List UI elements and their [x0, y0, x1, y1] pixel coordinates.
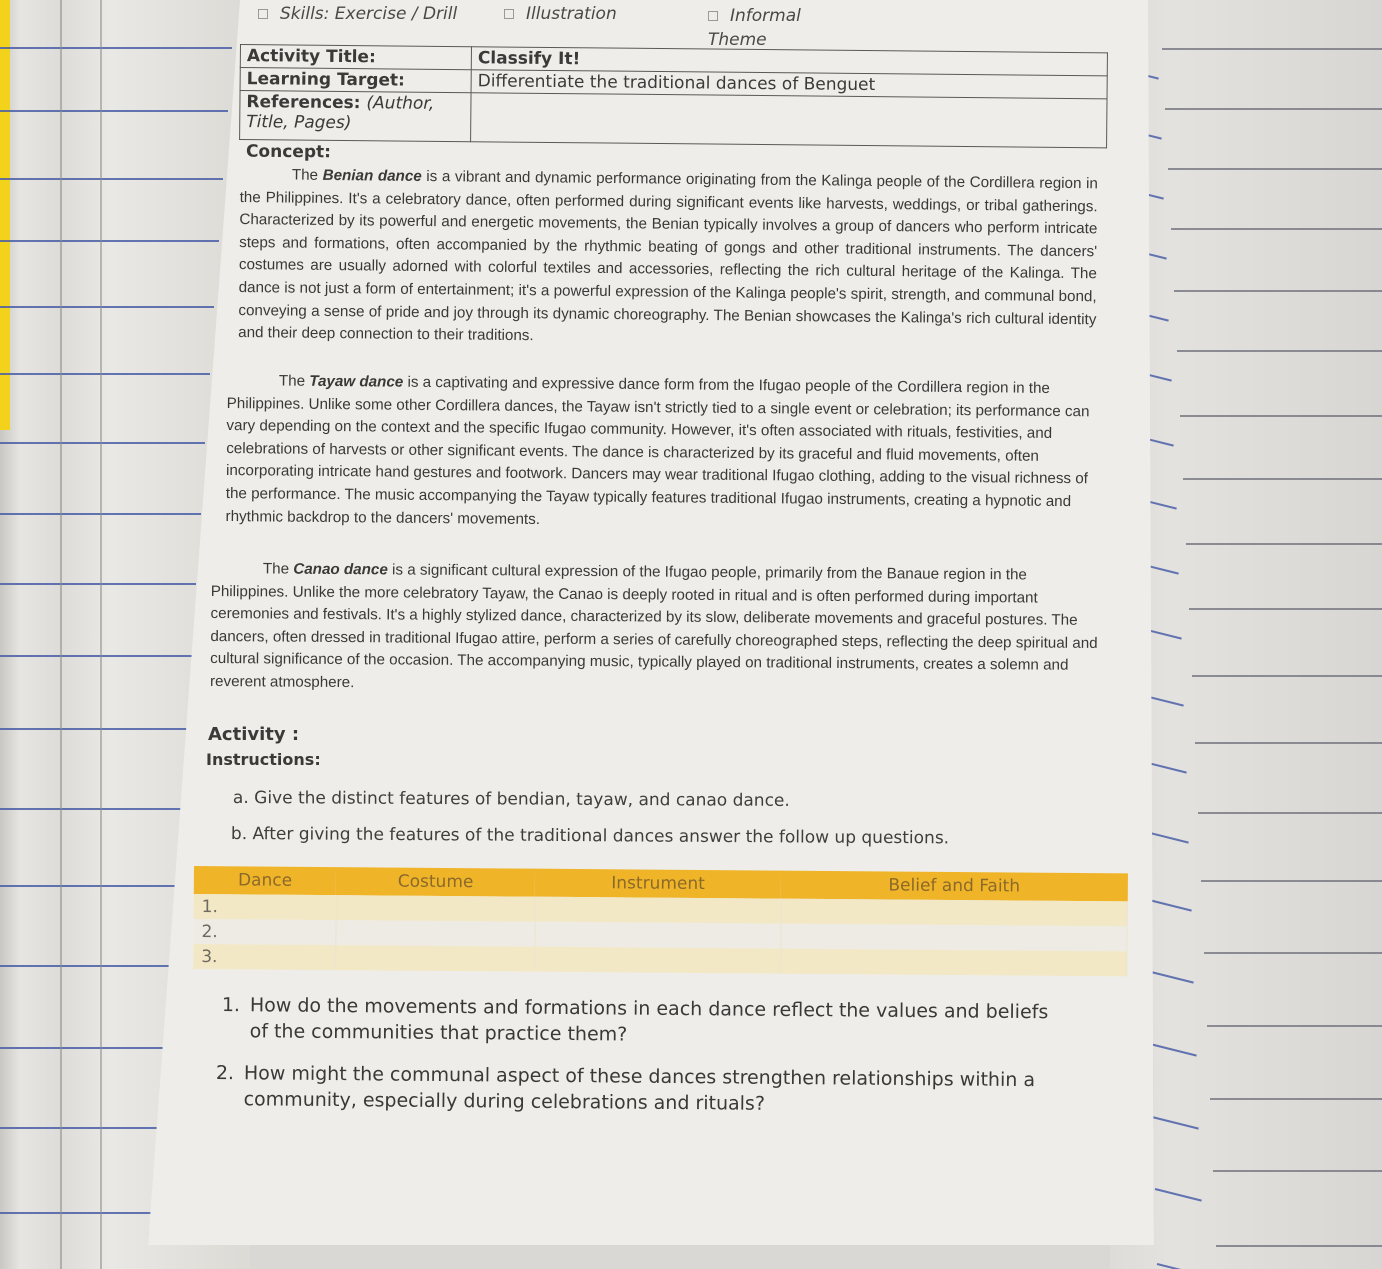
table-cell[interactable]: 1.: [194, 894, 336, 920]
table-cell[interactable]: [535, 897, 781, 924]
concept-heading: Concept:: [246, 142, 331, 163]
checkbox-icon[interactable]: [258, 9, 268, 19]
question-2: 2.How might the communal aspect of these…: [216, 1060, 1116, 1120]
concept-paragraph-tayaw: The Tayaw dance is a captivating and exp…: [225, 370, 1098, 537]
references-label: References: (Author, Title, Pages): [240, 91, 471, 142]
activity-meta-table: Activity Title: Classify It! Learning Ta…: [239, 44, 1108, 148]
column-header-dance: Dance: [194, 866, 337, 895]
references-row: References: (Author, Title, Pages): [240, 91, 1107, 148]
table-cell[interactable]: 3.: [193, 944, 335, 970]
dance-features-table: Dance Costume Instrument Belief and Fait…: [193, 866, 1128, 976]
dance-name: Tayaw dance: [309, 373, 403, 391]
option-illustration[interactable]: Illustration: [504, 4, 617, 24]
table-cell[interactable]: [781, 899, 1127, 927]
option-exercise-drill[interactable]: Skills: Exercise / Drill: [258, 4, 457, 24]
table-cell[interactable]: [534, 947, 780, 974]
instructions-heading: Instructions:: [206, 750, 321, 769]
checkbox-icon[interactable]: [504, 9, 514, 19]
column-header-costume: Costume: [336, 867, 535, 897]
table-cell[interactable]: [335, 945, 534, 972]
option-informal-theme[interactable]: Informal Theme: [708, 4, 818, 52]
learning-target-label: Learning Target:: [240, 68, 471, 93]
dance-name: Canao dance: [293, 561, 388, 579]
table-cell[interactable]: [336, 895, 535, 922]
instruction-a: a. Give the distinct features of bendian…: [233, 788, 790, 811]
dance-name: Benian dance: [323, 167, 422, 185]
concept-paragraph-canao: The Canao dance is a significant cultura…: [210, 558, 1101, 701]
checkbox-icon[interactable]: [708, 11, 718, 21]
question-1: 1.How do the movements and formations in…: [222, 992, 1122, 1052]
activity-heading: Activity :: [208, 724, 299, 745]
table-cell[interactable]: 2.: [193, 919, 335, 945]
instruction-b: b. After giving the features of the trad…: [231, 824, 949, 848]
table-cell[interactable]: [780, 949, 1126, 977]
concept-paragraph-benian: The Benian dance is a vibrant and dynami…: [238, 164, 1098, 354]
column-header-instrument: Instrument: [535, 869, 781, 899]
table-cell[interactable]: [535, 922, 781, 949]
activity-title-label: Activity Title:: [240, 45, 471, 70]
table-cell[interactable]: [336, 920, 535, 947]
references-value[interactable]: [471, 93, 1107, 148]
table-cell[interactable]: [781, 924, 1127, 952]
worksheet-content: Skills: Exercise / Drill Illustration In…: [0, 0, 1382, 1269]
column-header-belief-faith: Belief and Faith: [781, 871, 1127, 902]
